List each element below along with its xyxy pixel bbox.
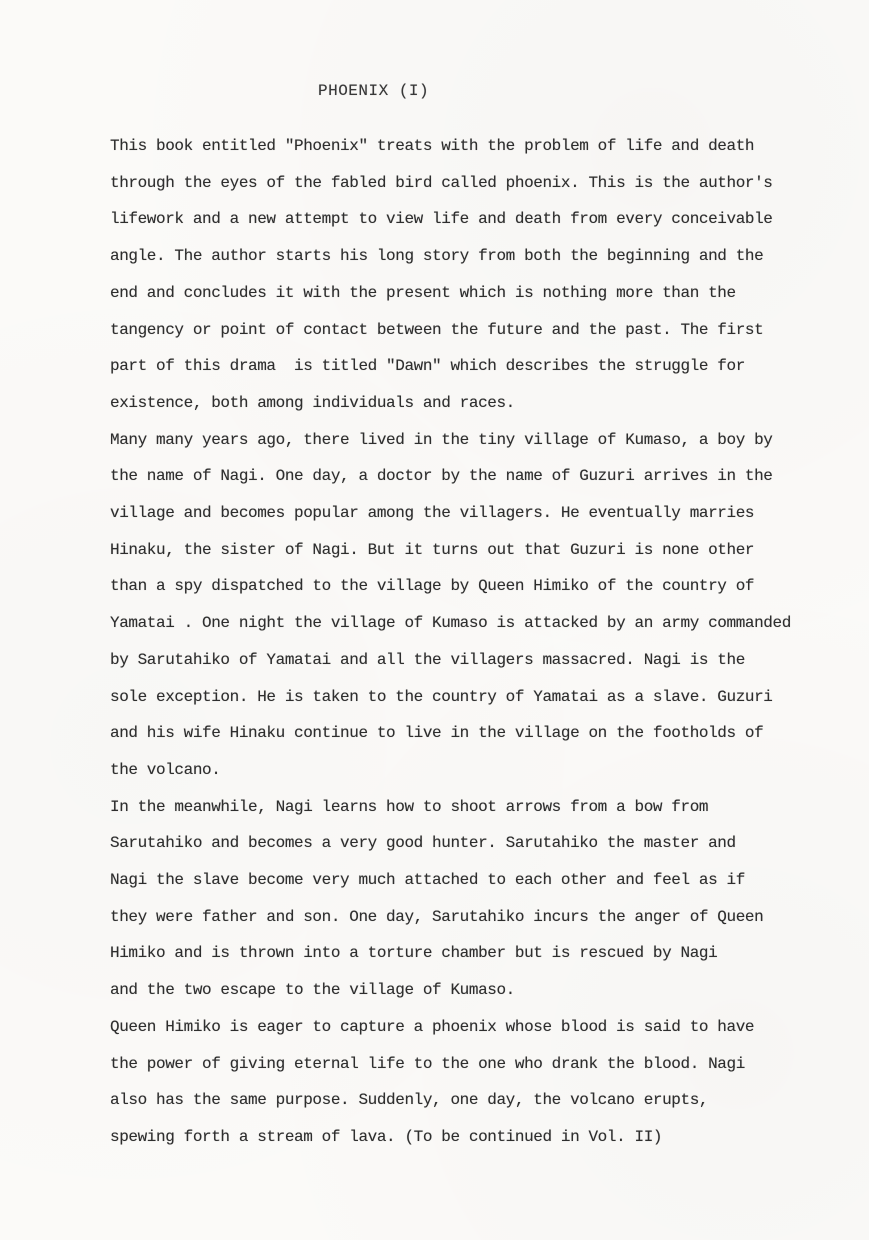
text-line: Himiko and is thrown into a torture cham… bbox=[110, 935, 800, 972]
text-line: also has the same purpose. Suddenly, one… bbox=[110, 1082, 800, 1119]
text-line: In the meanwhile, Nagi learns how to sho… bbox=[110, 789, 800, 826]
text-line: through the eyes of the fabled bird call… bbox=[110, 165, 800, 202]
paragraph: This book entitled "Phoenix" treats with… bbox=[110, 128, 800, 422]
text-line: existence, both among individuals and ra… bbox=[110, 385, 800, 422]
document-body: This book entitled "Phoenix" treats with… bbox=[110, 128, 800, 1156]
text-line: Sarutahiko and becomes a very good hunte… bbox=[110, 825, 800, 862]
paragraph: Queen Himiko is eager to capture a phoen… bbox=[110, 1009, 800, 1156]
text-line: they were father and son. One day, Sarut… bbox=[110, 899, 800, 936]
text-line: than a spy dispatched to the village by … bbox=[110, 568, 800, 605]
text-line: This book entitled "Phoenix" treats with… bbox=[110, 128, 800, 165]
text-line: tangency or point of contact between the… bbox=[110, 312, 800, 349]
text-line: Nagi the slave become very much attached… bbox=[110, 862, 800, 899]
text-line: Queen Himiko is eager to capture a phoen… bbox=[110, 1009, 800, 1046]
text-line: Many many years ago, there lived in the … bbox=[110, 422, 800, 459]
text-line: the volcano. bbox=[110, 752, 800, 789]
document-page: PHOENIX (I) This book entitled "Phoenix"… bbox=[0, 0, 869, 1240]
text-line: sole exception. He is taken to the count… bbox=[110, 679, 800, 716]
text-line: and the two escape to the village of Kum… bbox=[110, 972, 800, 1009]
text-line: spewing forth a stream of lava. (To be c… bbox=[110, 1119, 800, 1156]
paragraph: Many many years ago, there lived in the … bbox=[110, 422, 800, 789]
text-line: Yamatai . One night the village of Kumas… bbox=[110, 605, 800, 642]
text-line: by Sarutahiko of Yamatai and all the vil… bbox=[110, 642, 800, 679]
text-line: the name of Nagi. One day, a doctor by t… bbox=[110, 458, 800, 495]
text-line: and his wife Hinaku continue to live in … bbox=[110, 715, 800, 752]
text-line: angle. The author starts his long story … bbox=[110, 238, 800, 275]
text-line: village and becomes popular among the vi… bbox=[110, 495, 800, 532]
paragraph: In the meanwhile, Nagi learns how to sho… bbox=[110, 789, 800, 1009]
text-line: lifework and a new attempt to view life … bbox=[110, 201, 800, 238]
text-line: end and concludes it with the present wh… bbox=[110, 275, 800, 312]
text-line: the power of giving eternal life to the … bbox=[110, 1046, 800, 1083]
page-title: PHOENIX (I) bbox=[318, 82, 429, 100]
text-line: part of this drama is titled "Dawn" whic… bbox=[110, 348, 800, 385]
text-line: Hinaku, the sister of Nagi. But it turns… bbox=[110, 532, 800, 569]
